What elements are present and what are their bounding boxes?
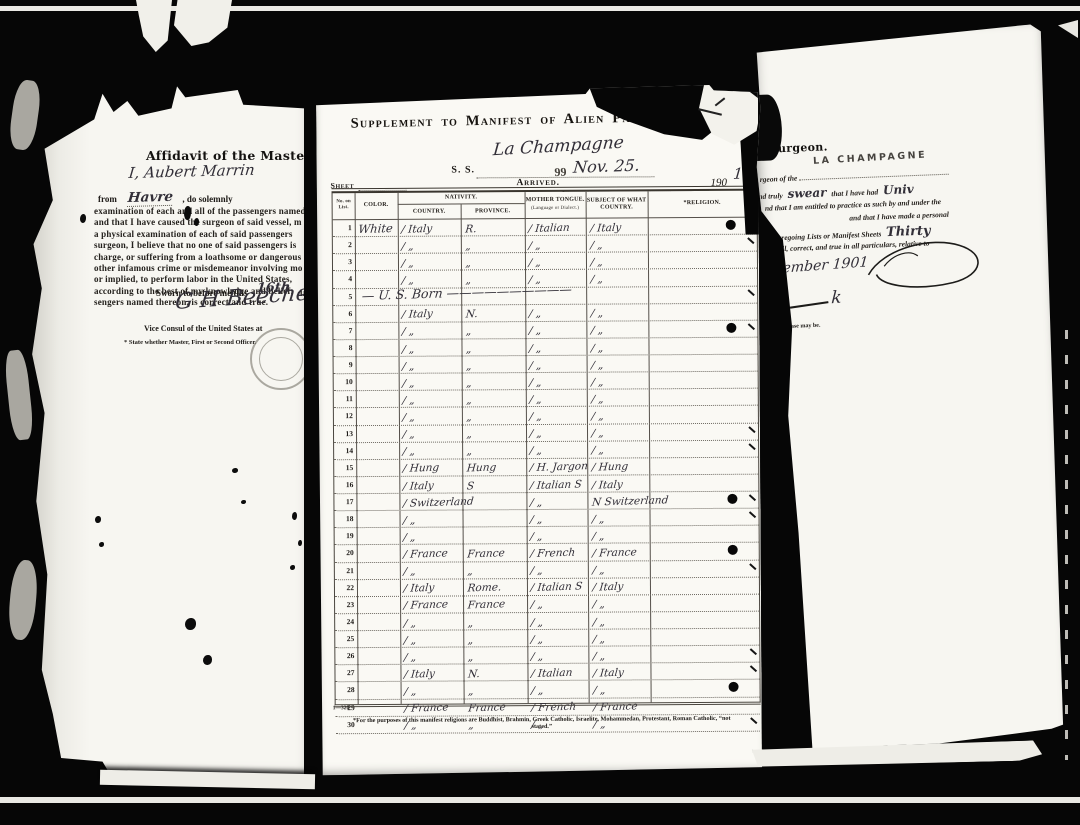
manifest-supplement-page: Supplement to Manifest of Alien Passenge…	[316, 85, 762, 776]
surgeon-line-1: rgeon of the	[760, 168, 950, 184]
cell-province: „	[466, 395, 472, 406]
row-number: 27	[335, 668, 354, 677]
cell-country: / Switzerland	[402, 496, 474, 509]
cell-country: / „	[401, 241, 414, 252]
cell-spanning-note: — U. S. Born ——————————	[361, 283, 572, 302]
col-header-country: COUNTRY.	[398, 208, 461, 215]
affidavit-body-line: a physical examination of each of said p…	[94, 229, 304, 240]
torn-paper-piece	[136, 0, 172, 52]
religion-ink-dot	[726, 220, 736, 230]
cell-province: „	[466, 447, 472, 458]
cell-country: / „	[403, 532, 416, 543]
paper-hole	[184, 206, 191, 220]
cell-country: / „	[403, 515, 416, 526]
surgeon-line-4: and that I have made a personal	[849, 210, 949, 223]
cell-province: „	[465, 241, 471, 252]
religion-ink-dot	[726, 323, 736, 333]
consular-stamp	[250, 328, 304, 390]
cell-province: R.	[465, 224, 477, 235]
cell-country: / Italy	[401, 309, 433, 320]
cell-country: / Italy	[401, 223, 433, 234]
cell-province: N.	[468, 669, 481, 680]
surgeon-affidavit-page: f Surgeon. LA CHAMPAGNE rgeon of the nd …	[750, 24, 1070, 769]
cell-province: „	[466, 429, 472, 440]
cell-subject-country: / „	[592, 651, 605, 662]
cell-subject-country: / „	[592, 617, 605, 628]
cell-mother-tongue: / Italian	[531, 668, 573, 680]
cell-country: / „	[401, 258, 414, 269]
consul-line: Vice Consul of the United States at	[144, 324, 262, 333]
affidavit-footnote: * State whether Master, First or Second …	[124, 339, 256, 346]
row-number: 24	[335, 617, 354, 626]
cell-country: / Italy	[403, 583, 435, 594]
from-label: from	[98, 194, 117, 204]
cell-country: / France	[403, 600, 448, 612]
form-number: 1—320	[333, 705, 350, 711]
row-number: 6	[333, 309, 352, 318]
row-number: 14	[334, 446, 353, 455]
cell-country: / „	[401, 327, 414, 338]
cell-province: „	[468, 686, 474, 697]
pen-tick-mark	[750, 666, 757, 673]
affidavit-body-line: charge, or suffering from a loathsome or…	[94, 252, 304, 263]
arrival-date-handwriting: Nov. 25.	[572, 158, 640, 176]
paper-hole	[194, 218, 199, 226]
ship-name-stamp: LA CHAMPAGNE	[813, 150, 928, 167]
col-header-mother-tongue: MOTHER TONGUE.	[525, 197, 586, 204]
cell-subject-country: / „	[592, 565, 605, 576]
line1-text: rgeon of the	[760, 174, 798, 184]
cell-province: „	[465, 258, 471, 269]
col-header-province: PROVINCE.	[461, 208, 525, 215]
col-header-subject: SUBJECT OF WHAT COUNTRY.	[586, 197, 648, 211]
row-number: 13	[334, 429, 353, 438]
paper-hole	[185, 618, 196, 630]
cell-country: / „	[402, 361, 415, 372]
year-digit-handwriting: 1	[732, 167, 743, 182]
table-rows: 1 White / Italy R. / Italian / Italy 2	[333, 218, 760, 734]
signature-fragment-handwriting: k	[831, 290, 842, 308]
religion-ink-dot	[729, 682, 739, 692]
cell-subject-country: / „	[592, 634, 605, 645]
cell-country: / „	[403, 635, 416, 646]
cell-country: / France	[404, 703, 449, 715]
cell-province: „	[466, 378, 472, 389]
cell-mother-tongue: / Italian S	[529, 479, 582, 491]
row-number: 5	[333, 292, 352, 301]
cell-country: / „	[403, 652, 416, 663]
cell-province: N.	[465, 309, 478, 320]
line2-text-a: nd truly	[758, 191, 783, 201]
religion-footnote: *For the purposes of this manifest relig…	[348, 715, 736, 731]
pen-tick-mark	[748, 289, 755, 296]
cell-subject-country: / „	[591, 377, 604, 388]
row-number: 22	[335, 583, 354, 592]
cell-subject-country: / „	[591, 360, 604, 371]
paper-hole	[292, 512, 297, 520]
cell-mother-tongue: / „	[531, 686, 544, 697]
row-number: 2	[333, 240, 352, 249]
cell-country: / „	[403, 618, 416, 629]
cell-province: France	[467, 600, 505, 612]
cell-subject-country: / „	[590, 240, 603, 251]
cell-mother-tongue: / „	[530, 566, 543, 577]
col-header-color: COLOR.	[355, 202, 398, 209]
col-header-religion: *RELIGION.	[648, 200, 757, 208]
cell-mother-tongue: / „	[530, 600, 543, 611]
cell-subject-country: / „	[590, 257, 603, 268]
cell-subject-country: / „	[590, 309, 603, 320]
torn-edge-fragment	[7, 79, 42, 152]
signature-swash	[767, 301, 829, 312]
cell-subject-country: / France	[593, 701, 638, 713]
cell-country: / „	[402, 395, 415, 406]
row-number: 9	[334, 360, 353, 369]
cell-country: / „	[402, 344, 415, 355]
pen-tick-mark	[747, 237, 754, 244]
cell-country: / „	[402, 412, 415, 423]
cell-subject-country: / Italy	[590, 222, 622, 233]
cell-subject-country: / „	[592, 600, 605, 611]
cell-province: „	[467, 635, 473, 646]
affidavit-body-line: examination of each and all of the passe…	[94, 206, 304, 217]
cell-country: / „	[404, 686, 417, 697]
cell-mother-tongue: / „	[528, 258, 541, 269]
pen-tick-mark	[749, 563, 756, 570]
swear-handwriting: swear	[787, 185, 826, 200]
cell-mother-tongue: / „	[529, 360, 542, 371]
cell-subject-country: / „	[592, 514, 605, 525]
cell-mother-tongue: / „	[529, 497, 542, 508]
cell-province: „	[466, 344, 472, 355]
cell-province: Rome.	[467, 583, 502, 595]
cell-mother-tongue: / „	[530, 532, 543, 543]
col-header-no: No. on List.	[333, 199, 355, 210]
year-printed: 190	[710, 177, 727, 189]
cell-subject-country: / „	[591, 394, 604, 405]
signature-flourish	[853, 228, 995, 299]
film-sprocket-dashes	[1065, 330, 1068, 760]
ruled-line	[799, 173, 949, 181]
cell-subject-country: / „	[593, 685, 606, 696]
film-corner-mark	[1058, 20, 1078, 38]
cell-country: / „	[402, 447, 415, 458]
cell-country: / „	[401, 275, 414, 286]
paper-hole	[290, 565, 295, 570]
ss-label: S. S.	[451, 164, 475, 175]
cell-mother-tongue: / „	[528, 240, 541, 251]
cell-mother-tongue: / „	[530, 634, 543, 645]
torn-paper-piece	[174, 0, 232, 46]
cell-subject-country: N Switzerland	[591, 495, 668, 508]
cell-country: / „	[402, 378, 415, 389]
master-name-handwriting: I, Aubert Marrin	[128, 163, 255, 181]
scanned-manifest-photo: Affidavit of the Master or Co I, Aubert …	[0, 0, 1080, 825]
cell-mother-tongue: / French	[531, 702, 577, 714]
cell-province: „	[466, 412, 472, 423]
cell-province: Hung	[466, 463, 496, 474]
cell-mother-tongue: / „	[528, 326, 541, 337]
paper-hole	[241, 500, 246, 504]
ship-name-handwriting: La Champagne	[492, 135, 624, 160]
cell-subject-country: / Hung	[591, 462, 628, 474]
cell-mother-tongue: / „	[529, 446, 542, 457]
cell-subject-country: / „	[590, 326, 603, 337]
cell-subject-country: / Italy	[591, 479, 623, 490]
cell-mother-tongue: / French	[530, 548, 576, 560]
row-number: 7	[333, 326, 352, 335]
cell-subject-country: / Italy	[593, 668, 625, 679]
row-number: 17	[334, 497, 353, 506]
pen-tick-mark	[750, 648, 757, 655]
affidavit-body-line: surgeon, I believe that no one of said p…	[94, 240, 304, 251]
cell-subject-country: / France	[592, 547, 637, 559]
cell-country: / „	[402, 430, 415, 441]
cell-province: „	[467, 652, 473, 663]
torn-edge-fragment	[3, 349, 34, 441]
film-edge-line-bottom	[0, 797, 1080, 803]
affidavit-body-line: and that I have caused the surgeon of sa…	[94, 217, 304, 228]
passenger-table: No. on List. COLOR. NATIVITY. COUNTRY. P…	[332, 189, 761, 706]
cell-mother-tongue: / „	[529, 395, 542, 406]
right-footnote-fragment: ”, as case may be.	[775, 323, 820, 331]
row-number: 12	[334, 412, 353, 421]
religion-ink-dot	[727, 494, 737, 504]
row-number: 1	[333, 223, 352, 232]
row-number: 4	[333, 275, 352, 284]
cell-subject-country: / „	[590, 274, 603, 285]
from-suffix: , do solemnly	[182, 194, 232, 204]
edge-ink-blob	[755, 94, 784, 161]
cell-province: France	[467, 548, 505, 560]
cell-color: White	[358, 223, 393, 236]
cell-province: France	[468, 702, 506, 714]
cell-mother-tongue: / „	[529, 377, 542, 388]
affidavit-page: Affidavit of the Master or Co I, Aubert …	[28, 46, 304, 780]
line2-text-b: that I have had	[831, 187, 878, 198]
pen-tick-mark	[749, 511, 756, 518]
torn-edge-fragment	[7, 559, 40, 641]
row-number: 16	[334, 480, 353, 489]
cell-mother-tongue: / „	[530, 651, 543, 662]
cell-mother-tongue: / „	[528, 309, 541, 320]
row-number: 3	[333, 257, 352, 266]
col-header-nativity: NATIVITY.	[398, 194, 525, 202]
row-number: 23	[335, 600, 354, 609]
cell-province: „	[466, 361, 472, 372]
row-number: 25	[335, 634, 354, 643]
row-number: 15	[334, 463, 353, 472]
affidavit-body-line: other infamous crime or misdemeanor invo…	[94, 263, 304, 274]
religion-ink-dot	[728, 545, 738, 555]
cell-country: / Hung	[402, 463, 439, 475]
cell-country: / „	[403, 567, 416, 578]
row-number: 18	[335, 514, 354, 523]
cell-country: / France	[403, 548, 448, 560]
cell-mother-tongue: / H. Jargon	[529, 462, 588, 474]
row-number: 8	[333, 343, 352, 352]
cell-subject-country: / „	[591, 428, 604, 439]
row-number: 11	[334, 394, 353, 403]
cell-subject-country: / „	[591, 411, 604, 422]
cell-subject-country: / „	[592, 531, 605, 542]
pen-tick-mark	[749, 494, 756, 501]
cell-country: / Italy	[402, 480, 434, 491]
row-number: 20	[335, 549, 354, 558]
paper-hole	[232, 468, 238, 473]
pen-tick-mark	[748, 323, 755, 330]
pen-tick-mark	[750, 717, 757, 724]
cell-province: S	[466, 481, 474, 492]
cell-province: „	[467, 566, 473, 577]
cell-mother-tongue: / „	[529, 343, 542, 354]
cell-province: „	[467, 618, 473, 629]
port-handwriting: Havre	[127, 191, 174, 207]
paper-hole	[99, 542, 104, 547]
cell-country: / Italy	[404, 669, 436, 680]
under-sheet-edge	[100, 770, 315, 789]
cell-mother-tongue: / „	[530, 617, 543, 628]
row-number: 21	[335, 566, 354, 575]
cell-mother-tongue: / „	[529, 429, 542, 440]
paper-hole	[80, 214, 86, 223]
paper-hole	[95, 516, 101, 523]
pen-tick-mark	[748, 443, 755, 450]
row-number: 10	[334, 377, 353, 386]
row-number: 19	[335, 531, 354, 540]
paper-hole	[203, 655, 212, 665]
cell-mother-tongue: / Italian	[528, 222, 570, 234]
paper-hole	[298, 540, 302, 546]
cell-province: „	[465, 327, 471, 338]
cell-subject-country: / „	[591, 446, 604, 457]
cell-subject-country: / Italy	[592, 582, 624, 593]
cell-mother-tongue: / „	[530, 514, 543, 525]
cell-subject-country: / „	[591, 343, 604, 354]
row-number: 26	[335, 651, 354, 660]
cell-mother-tongue: / Italian S	[530, 582, 583, 594]
col-header-mother-tongue-sub: (Language or Dialect.)	[525, 206, 586, 212]
pen-tick-mark	[748, 426, 755, 433]
from-line: from Havre , do solemnly	[98, 192, 233, 207]
sheet-number-stamp: 99	[554, 165, 567, 180]
row-number: 28	[336, 686, 355, 695]
cell-mother-tongue: / „	[529, 412, 542, 423]
univ-handwriting: Univ	[883, 182, 914, 197]
